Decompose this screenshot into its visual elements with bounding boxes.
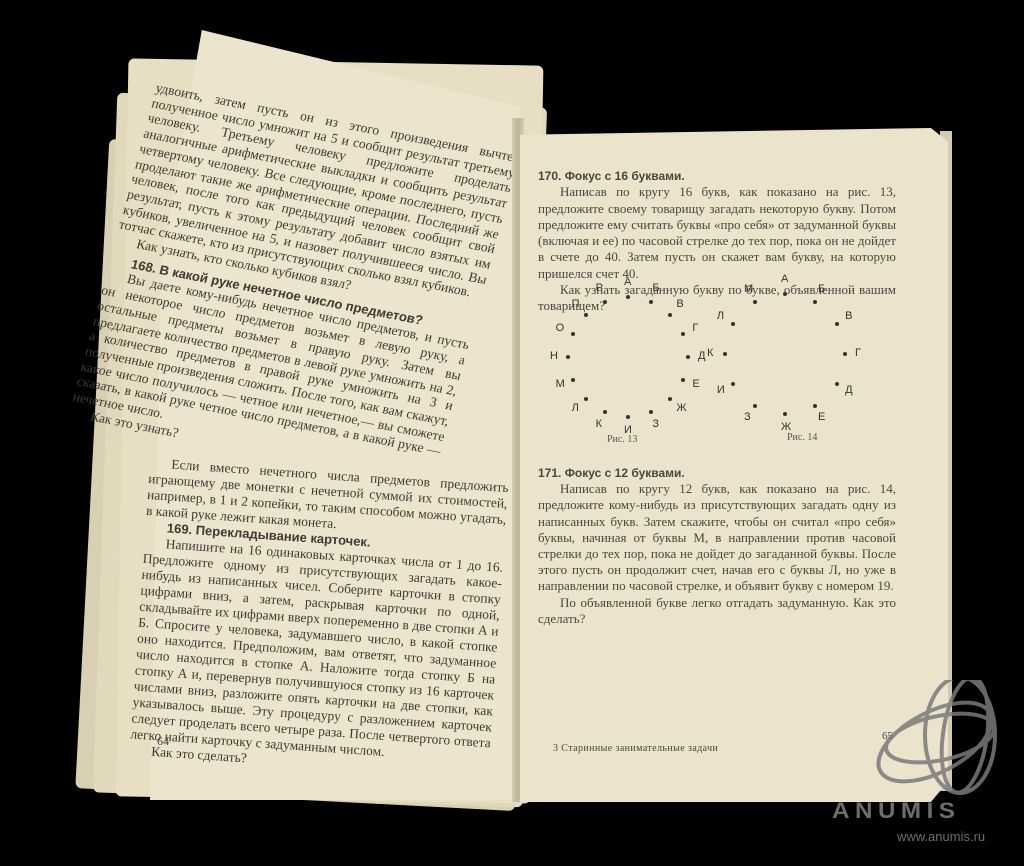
circle-dot — [686, 355, 690, 359]
circle-letter: О — [556, 322, 565, 334]
circle-dot — [731, 322, 735, 326]
circle-letter: Л — [572, 402, 579, 414]
figure-14-caption: Рис. 14 — [787, 432, 817, 443]
circle-dot — [603, 300, 607, 304]
circle-dot — [783, 412, 787, 416]
circle-letter: А — [781, 273, 788, 285]
circle-letter: Л — [717, 310, 724, 322]
circle-letter: Ж — [676, 402, 686, 414]
problem-171-heading: 171. Фокус с 12 буквами. — [538, 465, 896, 481]
problem-171: 171. Фокус с 12 буквами. Написав по круг… — [538, 465, 896, 627]
circle-dot — [626, 415, 630, 419]
chapter-footer: 3 Старинные занимательные задачи — [553, 743, 718, 754]
paragraph: По объявленной букве легко отгадать заду… — [538, 595, 896, 627]
circle-letter: Б — [818, 283, 825, 295]
paragraph: Написав по кругу 12 букв, как показано н… — [538, 481, 896, 594]
circle-letter: Г — [692, 322, 698, 334]
circle-dot — [731, 382, 735, 386]
circle-letter: З — [652, 418, 659, 430]
paragraph: Написав по кругу 16 букв, как показано н… — [538, 184, 896, 282]
circle-letter: И — [624, 424, 632, 436]
circle-letter: М — [744, 283, 753, 295]
circle-letter: К — [596, 418, 602, 430]
circle-letter: Г — [855, 347, 861, 359]
circle-dot — [813, 404, 817, 408]
watermark-brand: ANUMIS — [832, 798, 960, 824]
circle-dot — [681, 332, 685, 336]
page-number-left: 64 — [157, 734, 169, 749]
circle-dot — [584, 313, 588, 317]
circle-dot — [835, 382, 839, 386]
circle-dot — [681, 378, 685, 382]
circle-dot — [753, 404, 757, 408]
left-page-lower-text: Если вместо нечетного числа предметов пр… — [129, 455, 509, 783]
circle-letter: Д — [845, 384, 852, 396]
circle-dot — [603, 410, 607, 414]
figure-13-letter-circle: Рис. 13 АБВГДЕЖЗИКЛМНОПР — [545, 282, 715, 447]
circle-letter: Н — [550, 350, 558, 362]
circle-letter: К — [707, 347, 713, 359]
figure-13-caption: Рис. 13 — [607, 434, 637, 445]
circle-dot — [668, 313, 672, 317]
circle-dot — [813, 300, 817, 304]
circle-letter: З — [744, 411, 751, 423]
circle-dot — [668, 397, 672, 401]
figure-14-letter-circle: Рис. 14 АБВГДЕЖЗИКЛМ — [705, 282, 875, 447]
paragraph: Напишите на 16 одинаковых карточках числ… — [130, 535, 504, 768]
circle-letter: А — [624, 276, 631, 288]
circle-dot — [843, 352, 847, 356]
circle-letter: Е — [818, 411, 825, 423]
circle-dot — [584, 397, 588, 401]
circle-dot — [753, 300, 757, 304]
circle-letter: Ж — [781, 421, 791, 433]
circle-letter: Б — [652, 282, 659, 294]
circle-dot — [649, 300, 653, 304]
circle-letter: В — [845, 310, 852, 322]
circle-letter: Е — [692, 378, 699, 390]
anumis-logo-icon — [860, 680, 1010, 810]
circle-dot — [571, 378, 575, 382]
circle-letter: И — [717, 384, 725, 396]
circle-letter: П — [572, 298, 580, 310]
circle-letter: Р — [596, 282, 603, 294]
circle-letter: М — [556, 378, 565, 390]
circle-letter: В — [676, 298, 683, 310]
circle-dot — [566, 355, 570, 359]
circle-dot — [571, 332, 575, 336]
circle-dot — [723, 352, 727, 356]
circle-dot — [783, 292, 787, 296]
watermark-url: www.anumis.ru — [897, 829, 985, 844]
circle-dot — [649, 410, 653, 414]
problem-170-heading: 170. Фокус с 16 буквами. — [538, 168, 896, 184]
circle-dot — [835, 322, 839, 326]
circle-dot — [626, 295, 630, 299]
